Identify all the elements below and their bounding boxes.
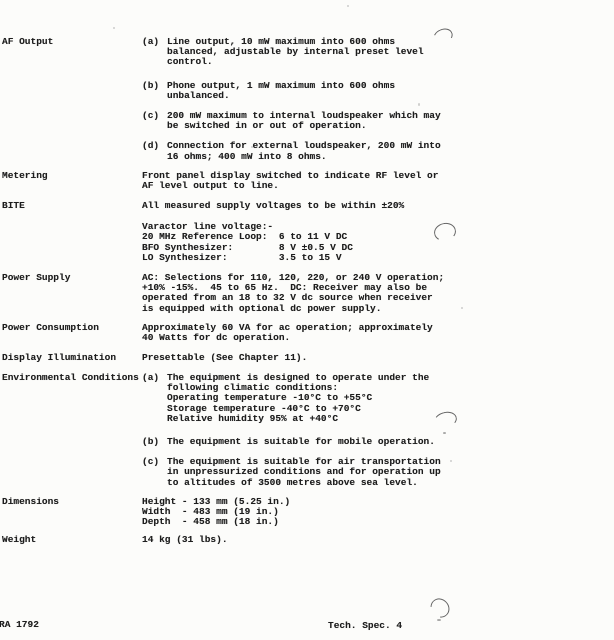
text-line: Presettable (See Chapter 11). [142, 353, 472, 363]
scan-speck [450, 460, 452, 462]
scan-speck [418, 103, 420, 106]
section-label-metering: Metering [2, 171, 48, 181]
text-block: Front panel display switched to indicate… [142, 171, 472, 191]
section-content-dimensions: Height - 133 mm (5.25 in.)Width - 483 mm… [142, 497, 472, 528]
text-line: control. [167, 57, 424, 67]
list-item-c: (c) 200 mW maximum to internal loudspeak… [142, 111, 472, 131]
list-marker: (c) [142, 457, 167, 488]
list-item-text: The equipment is suitable for air transp… [167, 457, 441, 488]
section-label-power-consumption: Power Consumption [2, 323, 99, 333]
scan-speck [347, 5, 349, 7]
text-line: All measured supply voltages to be withi… [142, 201, 472, 211]
section-content-display-illumination: Presettable (See Chapter 11). [142, 353, 472, 363]
scan-speck [461, 307, 463, 309]
list-item-text: The equipment is suitable for mobile ope… [167, 437, 435, 447]
text-block: Approximately 60 VA for ac operation; ap… [142, 323, 472, 343]
list-item-text: Phone output, 1 mW maximum into 600 ohms… [167, 81, 395, 101]
list-marker: (c) [142, 111, 167, 131]
list-item-c: (c) The equipment is suitable for air tr… [142, 457, 472, 488]
document-reference: RA 1792 [0, 620, 39, 630]
list-marker: (b) [142, 81, 167, 101]
list-item-b: (b) The equipment is suitable for mobile… [142, 437, 472, 447]
section-content-weight: 14 kg (31 lbs). [142, 535, 472, 545]
text-line: LO Synthesizer: 3.5 to 15 V [142, 253, 472, 263]
section-content-power-consumption: Approximately 60 VA for ac operation; ap… [142, 323, 472, 343]
section-label-weight: Weight [2, 535, 36, 545]
section-label-af-output: AF Output [2, 37, 53, 47]
text-block: AC: Selections for 110, 120, 220, or 240… [142, 273, 472, 314]
text-line: 40 Watts for dc operation. [142, 333, 472, 343]
scan-curl-mark [427, 595, 454, 622]
text-block: 14 kg (31 lbs). [142, 535, 472, 545]
text-line: 14 kg (31 lbs). [142, 535, 472, 545]
list-item-text: Line output, 10 mW maximum into 600 ohms… [167, 37, 424, 68]
list-marker: (d) [142, 141, 167, 161]
section-label-bite: BITE [2, 201, 25, 211]
scan-speck [251, 146, 253, 148]
list-item-text: The equipment is designed to operate und… [167, 373, 429, 424]
text-line: be switched in or out of operation. [167, 121, 441, 131]
text-line: Relative humidity 95% at +40°C [167, 414, 429, 424]
scan-speck [443, 432, 446, 434]
text-line: is equipped with optional dc power suppl… [142, 304, 472, 314]
list-marker: (a) [142, 37, 167, 68]
text-block: Height - 133 mm (5.25 in.)Width - 483 mm… [142, 497, 472, 528]
section-label-dimensions: Dimensions [2, 497, 59, 507]
text-line: AF level output to line. [142, 181, 472, 191]
scan-speck [232, 42, 234, 44]
voltage-table: Varactor line voltage:-20 MHz Reference … [142, 222, 472, 263]
text-line: unbalanced. [167, 91, 395, 101]
list-item-text: 200 mW maximum to internal loudspeaker w… [167, 111, 441, 131]
page-reference: Tech. Spec. 4 [328, 621, 402, 631]
section-content-power-supply: AC: Selections for 110, 120, 220, or 240… [142, 273, 472, 314]
text-block: Presettable (See Chapter 11). [142, 353, 472, 363]
list-item-d: (d) Connection for external loudspeaker,… [142, 141, 472, 161]
section-content-af-output: (a) Line output, 10 mW maximum into 600 … [142, 37, 472, 162]
text-line: 16 ohms; 400 mW into 8 ohms. [167, 152, 441, 162]
section-label-environmental-conditions: Environmental Conditions [2, 373, 139, 383]
section-label-power-supply: Power Supply [2, 273, 70, 283]
list-item-b: (b) Phone output, 1 mW maximum into 600 … [142, 81, 472, 101]
section-content-bite: All measured supply voltages to be withi… [142, 201, 472, 263]
section-content-metering: Front panel display switched to indicate… [142, 171, 472, 191]
list-item-text: Connection for external loudspeaker, 200… [167, 141, 441, 161]
text-line: Depth - 458 mm (18 in.) [142, 517, 472, 527]
scanned-document-page: AF Output (a) Line output, 10 mW maximum… [0, 0, 614, 640]
list-item-a: (a) Line output, 10 mW maximum into 600 … [142, 37, 472, 68]
scan-speck [437, 619, 441, 621]
section-label-display-illumination: Display Illumination [2, 353, 116, 363]
list-marker: (b) [142, 437, 167, 447]
text-block: All measured supply voltages to be withi… [142, 201, 472, 211]
text-line: to altitudes of 3500 metres above sea le… [167, 478, 441, 488]
text-line: The equipment is suitable for mobile ope… [167, 437, 435, 447]
section-content-environmental-conditions: (a) The equipment is designed to operate… [142, 373, 472, 488]
list-item-a: (a) The equipment is designed to operate… [142, 373, 472, 424]
list-marker: (a) [142, 373, 167, 424]
scan-speck [113, 27, 115, 29]
